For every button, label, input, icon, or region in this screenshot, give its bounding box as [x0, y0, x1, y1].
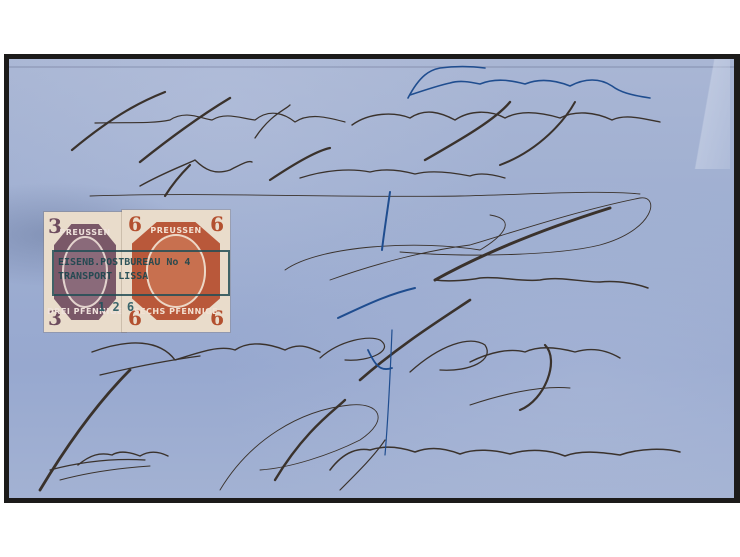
- stamp-value-legend: SECHS PFENNIGE: [122, 307, 230, 316]
- stamp-country-legend: PREUSSEN: [122, 226, 230, 235]
- railway-post-cancellation: EISENB.POSTBUREAU No 4 TRANSPORT LISSA: [52, 250, 230, 296]
- cancellation-line-1: EISENB.POSTBUREAU No 4: [58, 256, 224, 270]
- cancellation-date: 1 2 6: [98, 300, 134, 314]
- stamp-country-legend: PREUSSEN: [44, 228, 126, 237]
- cancellation-line-2: TRANSPORT LISSA: [58, 270, 224, 284]
